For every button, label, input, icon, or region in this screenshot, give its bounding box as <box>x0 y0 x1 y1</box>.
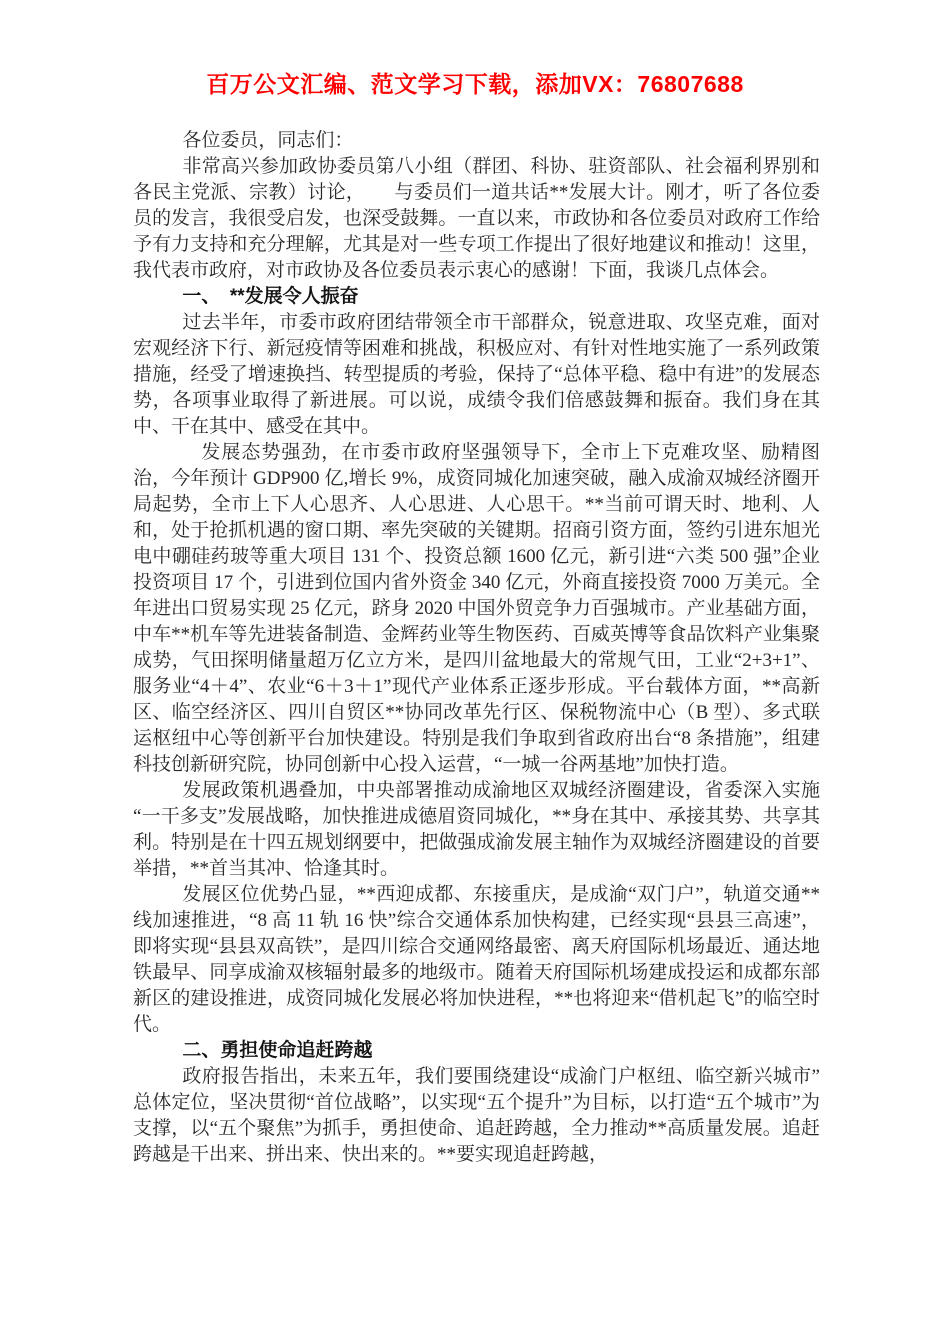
doc-paragraph: 政府报告指出，未来五年，我们要围绕建设“成渝门户枢纽、临空新兴城市”总体定位，坚… <box>133 1064 820 1168</box>
doc-paragraph: 过去半年，市委市政府团结带领全市干部群众，锐意进取、攻坚克难，面对宏观经济下行、… <box>133 310 820 440</box>
document-body: 各位委员，同志们：非常高兴参加政协委员第八小组（群团、科协、驻资部队、社会福利界… <box>133 128 820 1168</box>
section-heading: 二、勇担使命追赶跨越 <box>133 1038 820 1064</box>
section-heading: 一、 **发展令人振奋 <box>133 284 820 310</box>
doc-paragraph: 发展态势强劲，在市委市政府坚强领导下，全市上下克难攻坚、励精图治，今年预计 GD… <box>133 440 820 778</box>
doc-paragraph: 发展区位优势凸显，**西迎成都、东接重庆，是成渝“双门户”，轨道交通**线加速推… <box>133 882 820 1038</box>
doc-paragraph: 发展政策机遇叠加，中央部署推动成渝地区双城经济圈建设，省委深入实施“一干多支”发… <box>133 778 820 882</box>
promo-banner: 百万公文汇编、范文学习下载，添加VX：76807688 <box>0 0 950 98</box>
doc-paragraph: 非常高兴参加政协委员第八小组（群团、科协、驻资部队、社会福利界别和各民主党派、宗… <box>133 154 820 284</box>
doc-paragraph: 各位委员，同志们： <box>133 128 820 154</box>
document-page: 百万公文汇编、范文学习下载，添加VX：76807688 各位委员，同志们：非常高… <box>0 0 950 1344</box>
